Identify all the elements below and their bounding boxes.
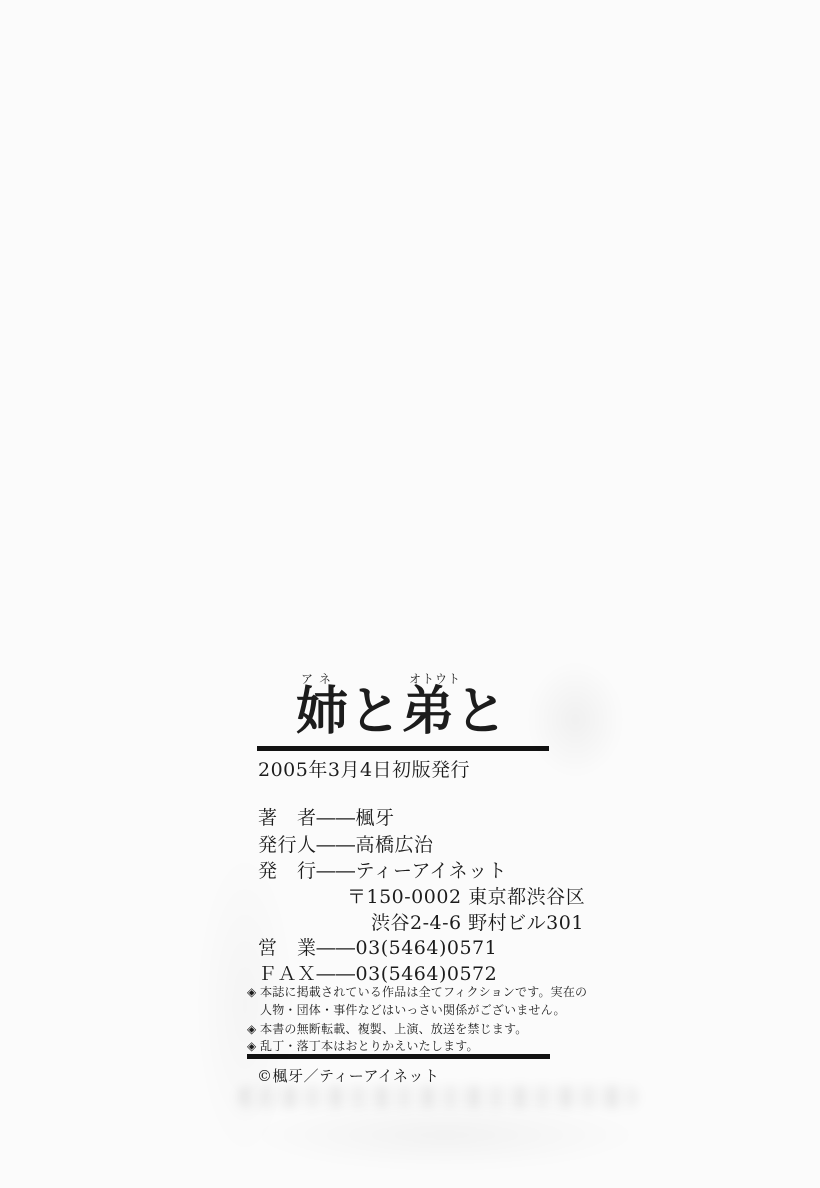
diamond-bullet-icon: ◈ <box>247 1020 260 1038</box>
label-dash: ―― <box>317 834 356 856</box>
scan-noise <box>250 1100 640 1170</box>
credit-row-publisher-person: 発行人――高橋広治 <box>258 830 434 857</box>
label-dash: ―― <box>317 807 356 829</box>
notice-text: 人物・団体・事件などはいっさい関係がございません。 <box>260 1003 566 1017</box>
credit-value: ティーアイネット <box>356 860 508 882</box>
diamond-bullet-icon: ◈ <box>247 983 260 1001</box>
publisher-address-line2: 渋谷2-4-6 野村ビル301 <box>371 908 584 935</box>
credit-value: 高橋広治 <box>356 834 434 856</box>
credit-value: 楓牙 <box>356 807 395 829</box>
notice-text: 乱丁・落丁本はおとりかえいたします。 <box>260 1039 479 1053</box>
contact-label: 営 業 <box>258 937 317 959</box>
contact-value: 03(5464)0571 <box>356 937 498 959</box>
notice-fiction-disclaimer-cont: 人物・団体・事件などはいっさい関係がございません。 <box>247 1001 566 1019</box>
credit-row-author: 著 者――楓牙 <box>258 803 395 830</box>
contact-row-sales-phone: 営 業――03(5464)0571 <box>258 933 497 960</box>
credit-row-publisher-company: 発 行――ティーアイネット <box>258 856 507 883</box>
notice-no-reproduction: ◈本書の無断転載、複製、上演、放送を禁じます。 <box>247 1020 527 1038</box>
footer-divider-rule <box>247 1054 550 1059</box>
publisher-address-line1: 〒150-0002 東京都渋谷区 <box>347 882 585 909</box>
diamond-bullet-icon: ◈ <box>247 1037 260 1055</box>
colophon-page: { "page": { "background_color": "#fbfbfb… <box>0 0 820 1188</box>
edition-date: 2005年3月4日初版発行 <box>258 755 470 782</box>
label-dash: ―― <box>317 963 356 985</box>
credit-label: 著 者 <box>258 807 317 829</box>
contact-row-fax: ＦＡＸ――03(5464)0572 <box>258 959 497 986</box>
label-dash: ―― <box>317 860 356 882</box>
credit-label: 発行人 <box>258 834 317 856</box>
copyright-line: ©楓牙／ティーアイネット <box>257 1065 440 1086</box>
book-title: 姉と弟と <box>296 686 508 738</box>
notice-text: 本誌に掲載されている作品は全てフィクションです。実在の <box>260 985 587 999</box>
notice-fiction-disclaimer: ◈本誌に掲載されている作品は全てフィクションです。実在の <box>247 983 587 1001</box>
contact-value: 03(5464)0572 <box>356 963 498 985</box>
label-dash: ―― <box>317 937 356 959</box>
notice-text: 本書の無断転載、複製、上演、放送を禁じます。 <box>260 1022 527 1036</box>
credit-label: 発 行 <box>258 860 317 882</box>
notice-defective-copy: ◈乱丁・落丁本はおとりかえいたします。 <box>247 1037 479 1055</box>
scan-noise <box>238 1086 638 1108</box>
scan-noise <box>528 662 623 777</box>
title-divider-rule <box>257 746 549 751</box>
contact-label: ＦＡＸ <box>258 963 317 985</box>
